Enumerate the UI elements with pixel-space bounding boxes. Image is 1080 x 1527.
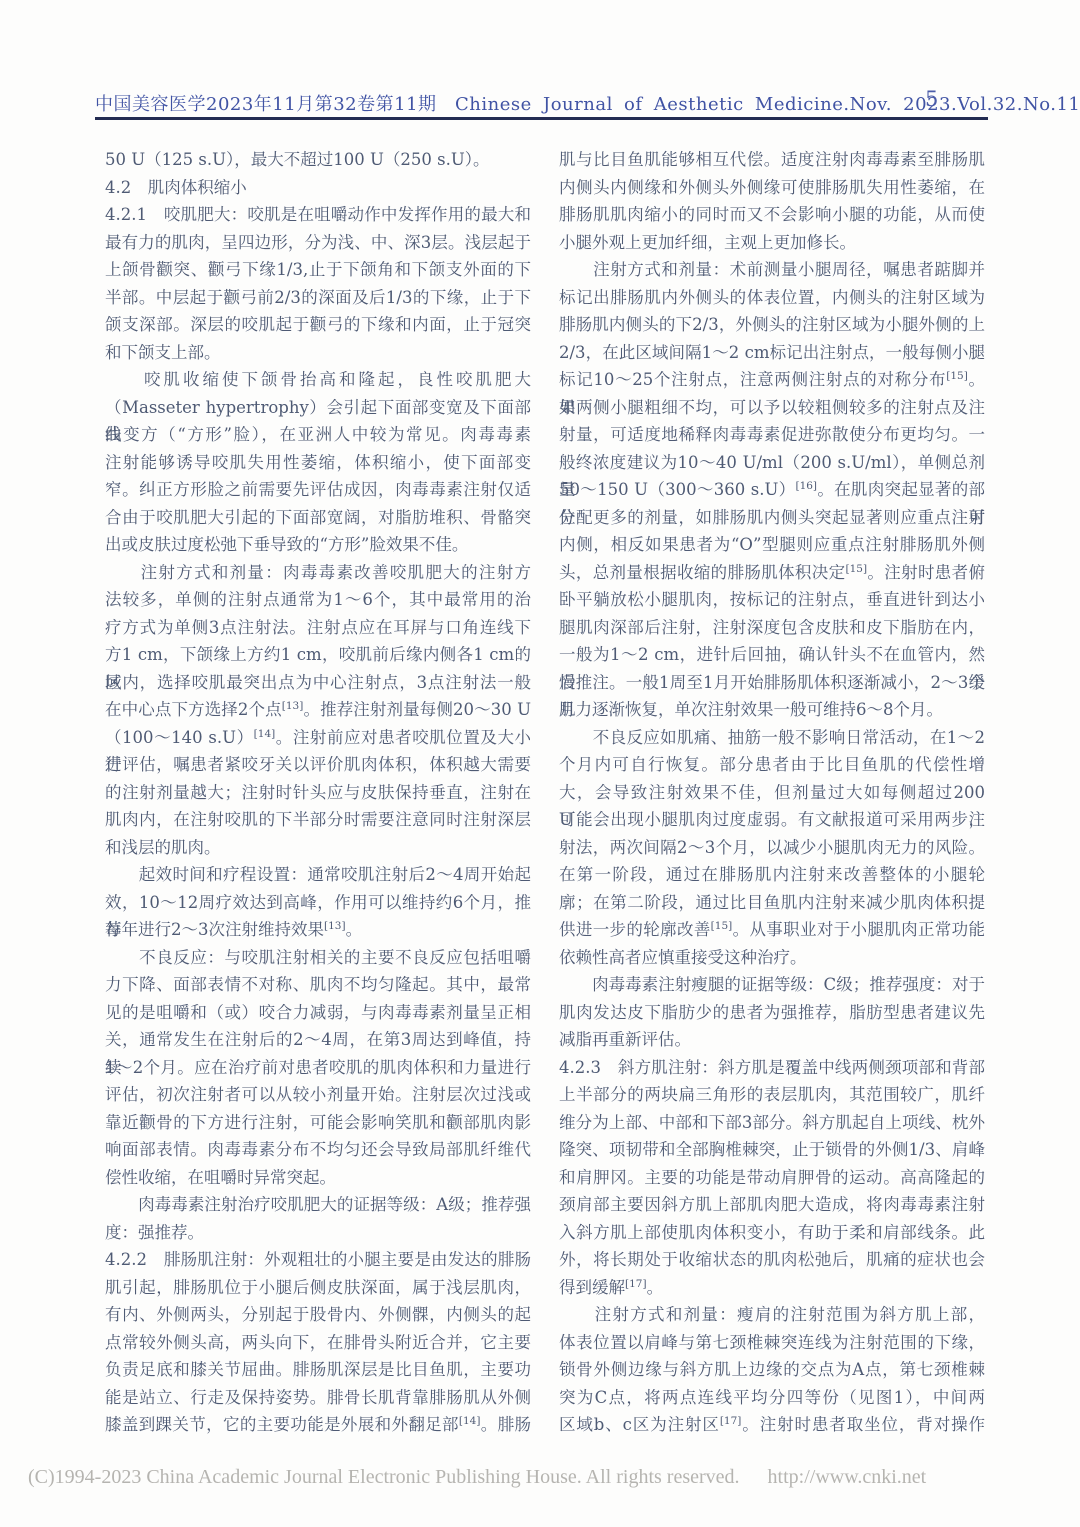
text-line: 上颌骨颧突、颧弓下缘1/3,止于下颌角和下颌支外面的下 (105, 256, 531, 284)
text-line: 肌肉发达皮下脂肪少的患者为强推荐，脂肪型患者建议先 (559, 999, 985, 1027)
text-line: 内侧，相反如果患者为“O”型腿则应重点注射腓肠肌外侧 (559, 531, 985, 559)
text-line: 颌支深部。深层的咬肌起于颧弓的下缘和内面，止于冠突 (105, 311, 531, 339)
text-line: 4.2 肌肉体积缩小 (105, 174, 531, 202)
text-line: 射量，可适度地稀释肉毒毒素促进弥散使分布更均匀。一 (559, 421, 985, 449)
footer-cnki-url: http://www.cnki.net (768, 1466, 927, 1488)
text-line: 得到缓解[17]。 (559, 1274, 985, 1302)
text-line: 50 U（125 s.U），最大不超过100 U（250 s.U）。 (105, 146, 531, 174)
text-line: 肉毒毒素注射治疗咬肌肥大的证据等级：A级；推荐强 (105, 1191, 531, 1219)
page-number: 5 (925, 87, 938, 111)
text-line: 出或皮肤过度松弛下垂导致的“方形”脸效果不佳。 (105, 531, 531, 559)
text-line: 体表位置以肩峰与第七颈椎棘突连线为注射范围的下缘， (559, 1329, 985, 1357)
text-line: 锁骨外侧边缘与斜方肌上边缘的交点为A点，第七颈椎棘 (559, 1356, 985, 1384)
text-line: 关，通常发生在注射后的2～4周，在第3周达到峰值，持续 (105, 1026, 531, 1054)
text-line: 卧平躺放松小腿肌肉，按标记的注射点，垂直进针到达小 (559, 586, 985, 614)
text-line: 外，将长期处于收缩状态的肌肉松弛后，肌痛的症状也会 (559, 1246, 985, 1274)
text-line: 和肩胛冈。主要的功能是带动肩胛骨的运动。高高隆起的 (559, 1164, 985, 1192)
text-line: 和下颌支上部。 (105, 339, 531, 367)
text-line: 可能会出现小腿肌肉过度虚弱。有文献报道可采用两步注 (559, 806, 985, 834)
text-line: （100～140 s.U）[14]。注射前应对患者咬肌位置及大小进 (105, 724, 531, 752)
text-line: 负责足底和膝关节屈曲。腓肠肌深层是比目鱼肌，主要功 (105, 1356, 531, 1384)
text-line: 起效时间和疗程设置：通常咬肌注射后2～4周开始起 (105, 861, 531, 889)
text-line: 注射能够诱导咬肌失用性萎缩，体积缩小，使下面部变 (105, 449, 531, 477)
text-line: 隆突、项韧带和全部胸椎棘突，止于锁骨的外侧1/3、肩峰 (559, 1136, 985, 1164)
text-line: 咬肌收缩使下颌骨抬高和隆起，良性咬肌肥大 (105, 366, 531, 394)
text-line: 上半部分的两块扁三角形的表层肌肉，其范围较广，肌纤 (559, 1081, 985, 1109)
text-line: 注射方式和剂量：术前测量小腿周径，嘱患者踮脚并 (559, 256, 985, 284)
text-line: 维分为上部、中部和下部3部分。斜方肌起自上项线、枕外 (559, 1109, 985, 1137)
text-line: 50～150 U（300～360 s.U）[16]。在肌肉突起显著的部位可 (559, 476, 985, 504)
text-line: 最有力的肌肉，呈四边形，分为浅、中、深3层。浅层起于 (105, 229, 531, 257)
scanned-journal-page: 中国美容医学2023年11月第32卷第11期 Chinese Journal o… (0, 0, 1080, 1527)
text-line: （Masseter hypertrophy）会引起下面部变宽及下面部曲 (105, 394, 531, 422)
text-line: 合由于咬肌肥大引起的下面部宽阔，对脂肪堆积、骨骼突 (105, 504, 531, 532)
text-line: 果两侧小腿粗细不均，可以予以较粗侧较多的注射点及注 (559, 394, 985, 422)
text-line: 供进一步的轮廓改善[15]。从事职业对于小腿肌肉正常功能 (559, 916, 985, 944)
text-line: 肌与比目鱼肌能够相互代偿。适度注射肉毒毒素至腓肠肌 (559, 146, 985, 174)
text-line: 4.2.1 咬肌肥大：咬肌是在咀嚼动作中发挥作用的最大和 (105, 201, 531, 229)
text-line: 射法，两次间隔2～3个月，以减少小腿肌肉无力的风险。 (559, 834, 985, 862)
text-line: 标记10～25个注射点，注意两侧注射点的对称分布[15]。如 (559, 366, 985, 394)
header-divider-rule (95, 117, 988, 120)
text-line: 注射方式和剂量：瘦肩的注射范围为斜方肌上部， (559, 1301, 985, 1329)
text-line: 方1 cm，下颌缘上方约1 cm，咬肌前后缘内侧各1 cm的区 (105, 641, 531, 669)
text-line: 每年进行2～3次注射维持效果[13]。 (105, 916, 531, 944)
text-line: 肉毒毒素注射瘦腿的证据等级：C级；推荐强度：对于 (559, 971, 985, 999)
text-line: 在中心点下方选择2个点[13]。推荐注射剂量每侧20～30 U (105, 696, 531, 724)
text-line: 和浅层的肌肉。 (105, 834, 531, 862)
text-line: 点常较外侧头高，两头向下，在腓骨头附近合并，它主要 (105, 1329, 531, 1357)
text-line: 行评估，嘱患者紧咬牙关以评价肌肉体积，体积越大需要 (105, 751, 531, 779)
left-text-column: 50 U（125 s.U），最大不超过100 U（250 s.U）。4.2 肌肉… (105, 146, 531, 1439)
text-line: 大，会导致注射效果不佳，但剂量过大如每侧超过200 U， (559, 779, 985, 807)
text-line: 响面部表情。肉毒毒素分布不均匀还会导致局部肌纤维代 (105, 1136, 531, 1164)
text-line: 评估，初次注射者可以从较小剂量开始。注射层次过浅或 (105, 1081, 531, 1109)
text-line: 头，总剂量根据收缩的腓肠肌体积决定[15]。注射时患者俯 (559, 559, 985, 587)
journal-header-line: 中国美容医学2023年11月第32卷第11期 Chinese Journal o… (95, 90, 940, 116)
text-line: 4.2.3 斜方肌注射：斜方肌是覆盖中线两侧颈项部和背部 (559, 1054, 985, 1082)
text-line: 依赖性高者应慎重接受这种治疗。 (559, 944, 985, 972)
text-line: 疗方式为单侧3点注射法。注射点应在耳屏与口角连线下 (105, 614, 531, 642)
right-text-column: 肌与比目鱼肌能够相互代偿。适度注射肉毒毒素至腓肠肌内侧头内侧缘和外侧头外侧缘可使… (559, 146, 985, 1439)
text-line: 廓；在第二阶段，通过比目鱼肌内注射来减少肌肉体积提 (559, 889, 985, 917)
footer-copyright-text: (C)1994-2023 China Academic Journal Elec… (28, 1466, 740, 1488)
footer-watermark: (C)1994-2023 China Academic Journal Elec… (28, 1466, 1058, 1489)
text-line: 窄。纠正方形脸之前需要先评估成因，肉毒毒素注射仅适 (105, 476, 531, 504)
text-line: 区域b、c区为注射区[17]。注射时患者取坐位，背对操作 (559, 1411, 985, 1439)
text-line: 4.2.2 腓肠肌注射：外观粗壮的小腿主要是由发达的腓肠 (105, 1246, 531, 1274)
text-line: 度：强推荐。 (105, 1219, 531, 1247)
text-line: 一般为1～2 cm，进针后回抽，确认针头不在血管内，然后缓 (559, 641, 985, 669)
text-line: 肌肉内，在注射咬肌的下半部分时需要注意同时注射深层 (105, 806, 531, 834)
text-line: 个月内可自行恢复。部分患者由于比目鱼肌的代偿性增 (559, 751, 985, 779)
text-line: 减脂再重新评估。 (559, 1026, 985, 1054)
text-line: 有内、外侧两头，分别起于股骨内、外侧髁，内侧头的起 (105, 1301, 531, 1329)
text-line: 见的是咀嚼和（或）咬合力减弱，与肉毒毒素剂量呈正相 (105, 999, 531, 1027)
text-line: 突为C点，将两点连线平均分四等份（见图1），中间两 (559, 1384, 985, 1412)
text-line: 腿肌肉深部后注射，注射深度包含皮肤和皮下脂肪在内， (559, 614, 985, 642)
text-line: 在第一阶段，通过在腓肠肌内注射来改善整体的小腿轮 (559, 861, 985, 889)
text-line: 靠近颧骨的下方进行注射，可能会影响笑肌和颧部肌肉影 (105, 1109, 531, 1137)
text-line: 力下降、面部表情不对称、肌肉不均匀隆起。其中，最常 (105, 971, 531, 999)
text-line: 腓肠肌肌肉缩小的同时而又不会影响小腿的功能，从而使 (559, 201, 985, 229)
text-line: 不良反应：与咬肌注射相关的主要不良反应包括咀嚼 (105, 944, 531, 972)
text-line: 肌引起，腓肠肌位于小腿后侧皮肤深面，属于浅层肌肉， (105, 1274, 531, 1302)
text-line: 半部。中层起于颧弓前2/3的深面及后1/3的下缘，止于下 (105, 284, 531, 312)
text-line: 般终浓度建议为10～40 U/ml（200 s.U/ml），单侧总剂量 (559, 449, 985, 477)
text-line: 效，10～12周疗效达到高峰，作用可以维持约6个月，推荐 (105, 889, 531, 917)
text-line: 域内，选择咬肌最突出点为中心注射点，3点注射法一般 (105, 669, 531, 697)
text-line: 腓肠肌内侧头的下2/3，外侧头的注射区域为小腿外侧的上 (559, 311, 985, 339)
text-line: 慢推注。一般1周至1月开始腓肠肌体积逐渐减小，2～3个月 (559, 669, 985, 697)
text-line: 法较多，单侧的注射点通常为1～6个，其中最常用的治 (105, 586, 531, 614)
text-line: 注射方式和剂量：肉毒毒素改善咬肌肥大的注射方 (105, 559, 531, 587)
text-line: 颈肩部主要因斜方肌上部肌肉肥大造成，将肉毒毒素注射 (559, 1191, 985, 1219)
text-line: 不良反应如肌痛、抽筋一般不影响日常活动，在1～2 (559, 724, 985, 752)
text-line: 的注射剂量越大；注射时针头应与皮肤保持垂直，注射在 (105, 779, 531, 807)
text-line: 1～2个月。应在治疗前对患者咬肌的肌肉体积和力量进行 (105, 1054, 531, 1082)
text-line: 肌力逐渐恢复，单次注射效果一般可维持6～8个月。 (559, 696, 985, 724)
text-line: 小腿外观上更加纤细，主观上更加修长。 (559, 229, 985, 257)
text-line: 线变方（“方形”脸），在亚洲人中较为常见。肉毒毒素 (105, 421, 531, 449)
text-line: 标记出腓肠肌内外侧头的体表位置，内侧头的注射区域为 (559, 284, 985, 312)
text-line: 膝盖到踝关节，它的主要功能是外展和外翻足部[14]。腓肠 (105, 1411, 531, 1439)
text-line: 2/3，在此区域间隔1～2 cm标记出注射点，一般每侧小腿 (559, 339, 985, 367)
text-line: 能是站立、行走及保持姿势。腓骨长肌背靠腓肠肌从外侧 (105, 1384, 531, 1412)
text-line: 偿性收缩，在咀嚼时异常突起。 (105, 1164, 531, 1192)
text-line: 入斜方肌上部使肌肉体积变小，有助于柔和肩部线条。此 (559, 1219, 985, 1247)
text-line: 分配更多的剂量，如腓肠肌内侧头突起显著则应重点注射 (559, 504, 985, 532)
text-line: 内侧头内侧缘和外侧头外侧缘可使腓肠肌失用性萎缩，在 (559, 174, 985, 202)
